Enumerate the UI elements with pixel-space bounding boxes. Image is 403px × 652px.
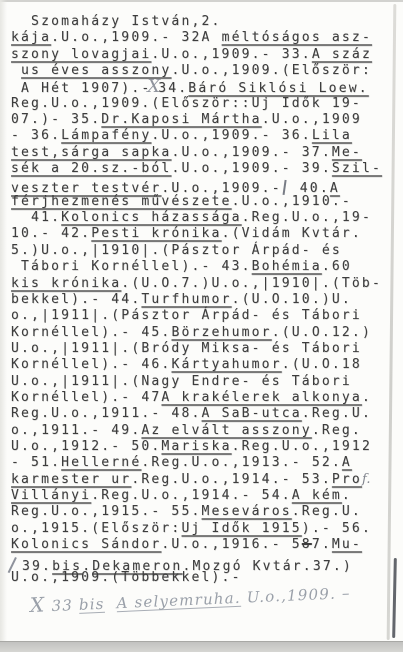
text-line: U.o.,|1911|.(Bródy Miksa- és Tábori (11, 341, 382, 357)
typed-text: o.,1911.- 49. (11, 423, 141, 438)
underlined-title-text: Pro (332, 472, 362, 487)
underlined-title-text: Báró Siklósi Loew. (188, 81, 368, 96)
text-line: férjhezmenés művészete.U.o.,1910.- (11, 194, 382, 210)
typed-text: .Reg.U.o.,1914.- 54. (91, 488, 292, 503)
underlined-title-text: Börzehumor (171, 325, 271, 340)
text-line: - 36.Lámpafény.U.o.,1909.- 36.Lila (11, 128, 382, 144)
typed-text: U.o.,1912.- 50. (11, 439, 161, 454)
typed-text: 07.)- 35. (11, 112, 101, 127)
typed-text: .U.o.,1909.- 33. (151, 47, 311, 62)
typed-text: .U.o.,1916.- 5 (161, 537, 301, 552)
typed-text: .U.o.,1909 (262, 112, 362, 127)
typed-text: .U.o.,1910.- (232, 194, 352, 209)
typed-text: A Hét 1907).- (11, 81, 151, 96)
underlined-title-text: Villányi (11, 488, 91, 503)
underlined-title-text: karmester ur (11, 472, 131, 487)
handwritten-text: 33 (45, 596, 79, 615)
underlined-title-text: férjhezmenés művészete (11, 194, 232, 209)
typed-text: o.,1915.(Először: (11, 521, 181, 536)
typed-text: 5.)U.o.,|1910|.(Pásztor Árpád- és (11, 243, 342, 258)
text-line: kis krónika.(U.O.7.)U.o.,|1910|.(Töb- (11, 276, 382, 292)
text-line: 39.bis.Dekameron.Mozgó Kvtár.37.) (11, 553, 382, 569)
underlined-title-text: A krakélerek alkonya (161, 390, 362, 405)
text-line: veszter testvér.U.o.,1909.- 40.A (11, 177, 382, 193)
underlined-title-text: A kém (292, 488, 342, 503)
underlined-title-text: Dr.Kaposi Mártha (101, 112, 261, 127)
typed-text: Kornéllel).- 47 (11, 390, 161, 405)
underlined-title-text: Kolonics házassága (61, 210, 241, 225)
pencil-edge-stroke (392, 558, 397, 638)
typed-text: - 36. (11, 128, 61, 143)
text-line: us éves asszony.U.o.,1909.(Először: (11, 63, 382, 79)
text-line: Kolonics Sándor.U.o.,1916.- 587.Mu- (11, 537, 382, 553)
typed-text: .60 (322, 259, 352, 274)
underlined-title-text: kis krónika (11, 276, 121, 291)
text-line: sék a 20.sz.-ból.U.o.,1909.- 39.Szil- (11, 161, 382, 177)
typed-text: 10.- 42. (11, 226, 91, 241)
typed-text: Kornéllel).- 45. (11, 325, 171, 340)
underlined-title-text: Turfhumor (141, 292, 231, 307)
card-right-edge (387, 4, 397, 640)
typed-text: .(U.O.7.)U.o.,|1910|.(Töb- (121, 276, 382, 291)
underlined-title-text: kája (11, 30, 51, 45)
typed-text: .Reg.U. (302, 406, 372, 421)
scan-bottom-band (0, 641, 403, 652)
typed-text: U.o.,1909.(Többekkel).- (11, 570, 242, 585)
underlined-title-text: A (342, 455, 352, 470)
text-line: bekkel).- 44.Turfhumor.(U.O.10.)U. (11, 292, 382, 308)
typed-text (11, 63, 21, 78)
typed-text: ).- 56. (302, 521, 372, 536)
underlined-title-text: Hellerné (61, 455, 141, 470)
text-line: U.o.,1912.- 50.Mariska.Reg.U.o.,1912 (11, 439, 382, 455)
typed-text: .(U.O.10.)U. (232, 292, 352, 307)
typed-text: 34. (158, 81, 188, 96)
underlined-title-text: Mariska (161, 439, 231, 454)
typed-text: 7. (312, 537, 332, 552)
underlined-title-text: Kártyahumor (171, 357, 281, 372)
text-line: Kornéllel).- 46.Kártyahumor.(U.O.18 (11, 357, 382, 373)
typed-text: 41. (11, 210, 61, 225)
typewritten-text: Szomaházy István,2.kája.U.o.,1909.- 32A … (11, 14, 382, 586)
typed-text: .U.o.,1909.- 39. (171, 161, 331, 176)
typed-text: .U.o.,1909.- 36. (151, 128, 311, 143)
overstruck-digit: 8 (302, 537, 312, 552)
underlined-title-text: Uj Idők 1915 (181, 521, 301, 536)
scan-top-edge (0, 0, 403, 2)
text-line: kája.U.o.,1909.- 32A méltóságos asz- (11, 30, 382, 46)
underlined-title-text: szony lovagjai (11, 47, 151, 62)
typed-text: bekkel).- 44. (11, 292, 141, 307)
text-line: 5.)U.o.,|1910|.(Pásztor Árpád- és (11, 243, 382, 259)
handwritten-x-mark: X (29, 592, 45, 617)
text-line: o.,|1911|.(Pásztor Árpád- és Tábori (11, 308, 382, 324)
typed-text: .(U.O.18 (282, 357, 362, 372)
typed-text: .(Vidám Kvtár. (222, 226, 362, 241)
typed-text: Reg.U.o.,1911.- 48. (11, 406, 202, 421)
text-line: 10.- 42.Pesti krónika.(Vidám Kvtár. (11, 226, 382, 242)
typed-text: Reg.U.o.,1915.- 55. (11, 504, 202, 519)
text-line: karmester ur.Reg.U.o.,1914.- 53.Prof. (11, 472, 382, 488)
text-line: test,sárga sapka.U.o.,1909.- 37.Me- (11, 145, 382, 161)
text-line: Kornéllel).- 47A krakélerek alkonya. (11, 390, 382, 406)
underlined-title-text: Mu- (332, 537, 362, 552)
underlined-title-text: Az elvált asszony (141, 423, 311, 438)
typed-text: . (342, 488, 352, 503)
text-line: Reg.U.o.,1915.- 55.Meseváros.Reg.U. (11, 504, 382, 520)
text-line: o.,1911.- 49.Az elvált asszony.Reg. (11, 423, 382, 439)
underlined-title-text: A száz (312, 47, 372, 62)
typed-text: Reg.U.o.,1909.(Először::Uj Idők 19- (11, 96, 362, 111)
typed-text: .U.o.,1909.(Először: (171, 63, 372, 78)
typed-text: U.o.,|1911|.(Bródy Miksa- és Tábori (11, 341, 362, 356)
typed-text: .Reg.U. (292, 504, 362, 519)
typed-text: U.o.,|1911|.(Nagy Endre- és Tábori (11, 374, 352, 389)
handwritten-underlined-text: bis (79, 595, 105, 614)
underlined-title-text: A SaB-utca (202, 406, 302, 421)
text-line: szony lovagjai.U.o.,1909.- 33.A száz (11, 47, 382, 63)
scan-left-edge (0, 0, 7, 652)
typed-text: o.,|1911|.(Pásztor Árpád- és Tábori (11, 308, 362, 323)
typed-text: Tábori Kornéllel).- 43. (11, 259, 252, 274)
underlined-title-text: Lámpafény (61, 128, 151, 143)
underlined-title-text: Kolonics Sándor (11, 537, 161, 552)
handwritten-underlined-text: A selyemruha. (116, 589, 241, 612)
typed-text: .Reg.U.o.,1914.- 53. (131, 472, 332, 487)
typed-text: .U.o.,1909.- 32A (51, 30, 221, 45)
text-line: Villányi.Reg.U.o.,1914.- 54.A kém. (11, 488, 382, 504)
typed-text: .Reg. (312, 423, 362, 438)
typed-text: . (362, 390, 372, 405)
text-line: 41.Kolonics házassága.Reg.U.o.,19- (11, 210, 382, 226)
typed-text: Kornéllel).- 46. (11, 357, 171, 372)
text-line: A Hét 1907).-X34.Báró Siklósi Loew. (11, 79, 382, 95)
handwritten-text: U.o.,1909. – (240, 584, 351, 607)
text-line: Szomaházy István,2. (11, 14, 382, 30)
typed-text: .Reg.U.o.,19- (242, 210, 372, 225)
text-line: 07.)- 35.Dr.Kaposi Mártha.U.o.,1909 (11, 112, 382, 128)
typed-text: .(U.O.12.) (272, 325, 372, 340)
typed-text: - 51. (11, 455, 61, 470)
pencil-letter: f. (362, 472, 370, 487)
underlined-title-text: Bohémia (252, 259, 322, 274)
underlined-title-text: test,sárga sapka (11, 145, 171, 160)
underlined-title-text: Szil- (332, 161, 382, 176)
underlined-title-text: méltóságos asz- (222, 30, 372, 45)
underlined-title-text: Pesti krónika (91, 226, 221, 241)
typed-text: Szomaházy István,2. (11, 14, 222, 29)
typed-text: .Reg.U.o.,1913.- 52. (141, 455, 342, 470)
text-line: U.o.,|1911|.(Nagy Endre- és Tábori (11, 374, 382, 390)
underlined-title-text: Me- (332, 145, 362, 160)
underlined-title-text: Lila (312, 128, 352, 143)
text-line: Reg.U.o.,1911.- 48.A SaB-utca.Reg.U. (11, 406, 382, 422)
text-line: - 51.Hellerné.Reg.U.o.,1913.- 52.A (11, 455, 382, 471)
text-line: Tábori Kornéllel).- 43.Bohémia.60 (11, 259, 382, 275)
typed-text: .Reg.U.o.,1912 (232, 439, 372, 454)
underlined-title-text: Meseváros (202, 504, 292, 519)
text-line: o.,1915.(Először:Uj Idők 1915).- 56. (11, 521, 382, 537)
text-line: Kornéllel).- 45.Börzehumor.(U.O.12.) (11, 325, 382, 341)
typed-text: .U.o.,1909.- 37. (171, 145, 331, 160)
text-line: Reg.U.o.,1909.(Először::Uj Idők 19- (11, 96, 382, 112)
underlined-title-text: sék a 20.sz.-ból (11, 161, 171, 176)
handwritten-text (104, 594, 117, 613)
